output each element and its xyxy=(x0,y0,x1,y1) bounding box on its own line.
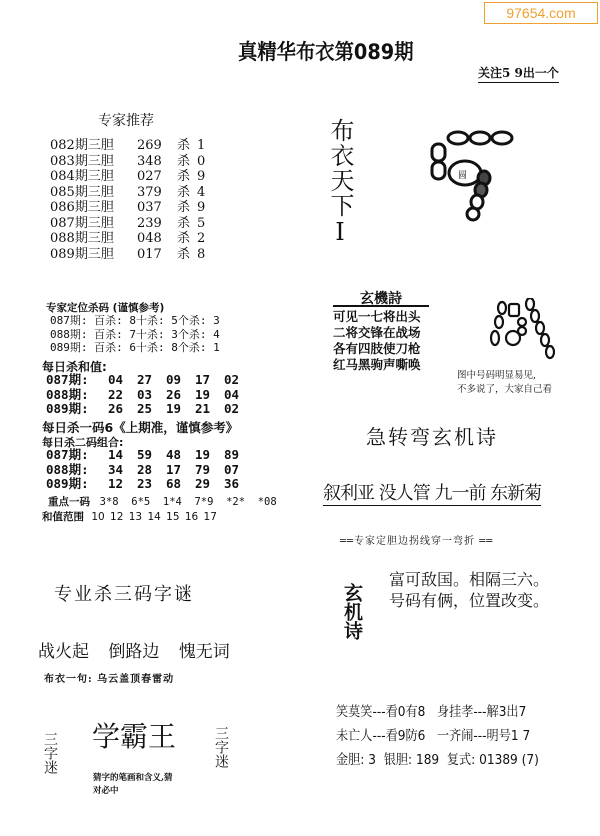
bead-figure-seven-icon: 圆 xyxy=(428,130,538,230)
caption-line: 图中号码明显易见, xyxy=(457,369,552,383)
num-cell: 28 xyxy=(137,463,166,478)
nums-cell: 027 xyxy=(137,169,177,185)
period-cell: 088期三胆 xyxy=(50,231,137,247)
table-row: 088期:3428177907 xyxy=(46,463,253,478)
big-riddle-word: 学霸王 xyxy=(92,715,176,755)
sharp-turn-title: 急转弯玄机诗 xyxy=(366,421,498,450)
period-cell: 089期三胆 xyxy=(50,247,137,263)
poem-line: 红马黑驹声嘶唤 xyxy=(333,357,421,373)
side-label-right: 三字迷 xyxy=(213,726,229,768)
num-cell: 19 xyxy=(195,448,224,463)
table-row: 089期:2625192102 xyxy=(46,402,253,417)
table-row: 089期:1223682936 xyxy=(46,477,253,492)
nums-cell: 379 xyxy=(137,185,177,201)
num-cell: 07 xyxy=(224,463,253,478)
divider xyxy=(333,305,429,307)
num-cell: 17 xyxy=(195,373,224,388)
position-kill-list: 087期: 百杀: 8十杀: 5个杀: 3 088期: 百杀: 7十杀: 3个杀… xyxy=(50,314,220,355)
num-cell: 17 xyxy=(166,463,195,478)
period-cell: 087期三胆 xyxy=(50,216,137,232)
expert-recommend-title: 专家推荐 xyxy=(98,110,154,130)
row-label: 089期: xyxy=(46,402,108,417)
kill-label: 杀 xyxy=(177,185,197,201)
kill-label: 杀 xyxy=(177,154,197,170)
nums-cell: 348 xyxy=(137,154,177,170)
num-cell: 09 xyxy=(166,373,195,388)
sharp-turn-expert-line: ══专家定胆边拐线穿一弯折 ══ xyxy=(340,532,493,547)
num-cell: 89 xyxy=(224,448,253,463)
expert-recommend-table: 082期三胆269杀1 083期三胆348杀0 084期三胆027杀9 085期… xyxy=(50,138,205,262)
kill-label: 杀 xyxy=(177,169,197,185)
num-cell: 68 xyxy=(166,477,195,492)
period-cell: 082期三胆 xyxy=(50,138,137,154)
kill-label: 杀 xyxy=(177,216,197,232)
num-cell: 21 xyxy=(195,402,224,417)
table-row: 086期三胆037杀9 xyxy=(50,200,205,216)
page-title: 真精华布衣第089期 xyxy=(238,36,414,66)
list-item: 089期: 百杀: 6十杀: 8个杀: 1 xyxy=(50,341,220,355)
num-cell: 25 xyxy=(137,402,166,417)
num-cell: 04 xyxy=(224,388,253,403)
num-cell: 26 xyxy=(166,388,195,403)
sum-range-values: 10 12 13 14 15 16 17 xyxy=(91,511,217,523)
num-cell: 03 xyxy=(137,388,166,403)
table-row: 087期三胆239杀5 xyxy=(50,216,205,232)
row-label: 088期: xyxy=(46,463,108,478)
row-label: 087期: xyxy=(46,373,108,388)
poem-line: 可见一七将出头 xyxy=(333,309,421,325)
buyi-tianxia-label: 布衣天下I xyxy=(325,118,355,247)
kill-label: 杀 xyxy=(177,200,197,216)
nums-cell: 048 xyxy=(137,231,177,247)
num-cell: 79 xyxy=(195,463,224,478)
kill-cell: 1 xyxy=(197,138,205,154)
num-cell: 12 xyxy=(108,477,137,492)
num-cell: 26 xyxy=(108,402,137,417)
table-row: 087期:1459481989 xyxy=(46,448,253,463)
list-item: 087期: 百杀: 8十杀: 5个杀: 3 xyxy=(50,314,220,328)
kill-label: 杀 xyxy=(177,247,197,263)
word-riddle-title: 专业杀三码字谜 xyxy=(54,580,194,606)
picture-caption: 图中号码明显易见, 不多说了，大家自己看 xyxy=(457,369,552,397)
kill-label: 杀 xyxy=(177,138,197,154)
period-cell: 084期三胆 xyxy=(50,169,137,185)
key-code-row: 重点一码 3*8 6*5 1*4 7*9 *2* *08 xyxy=(48,494,277,509)
kill-label: 杀 xyxy=(177,231,197,247)
sharp-turn-line: 叙利亚 没人管 九一前 东新菊 xyxy=(323,479,541,506)
position-kill-title: 专家定位杀码 (谨慎参考) xyxy=(46,300,164,315)
num-cell: 22 xyxy=(108,388,137,403)
nums-cell: 037 xyxy=(137,200,177,216)
daily-sum-kill-table: 087期:0427091702 088期:2203261904 089期:262… xyxy=(46,373,253,417)
xuanji-poem: 富可敌国。相隔三六。 号码有俩，位置改变。 xyxy=(389,569,549,611)
kill-cell: 2 xyxy=(197,231,205,247)
table-row: 089期三胆017杀8 xyxy=(50,247,205,263)
nums-cell: 239 xyxy=(137,216,177,232)
num-cell: 23 xyxy=(137,477,166,492)
row-label: 089期: xyxy=(46,477,108,492)
list-item: 088期: 百杀: 7十杀: 3个杀: 4 xyxy=(50,328,220,342)
kill-cell: 9 xyxy=(197,200,205,216)
num-cell: 36 xyxy=(224,477,253,492)
buyi-sentence: 布衣一句: 乌云盖顶春雷动 xyxy=(44,670,174,685)
riddle-word: 愧无词 xyxy=(179,642,230,662)
period-cell: 083期三胆 xyxy=(50,154,137,170)
num-cell: 29 xyxy=(195,477,224,492)
num-cell: 14 xyxy=(108,448,137,463)
xuanji-vertical-label: 玄机诗 xyxy=(335,583,369,640)
bead-figure-a-icon xyxy=(488,298,558,360)
period-cell: 085期三胆 xyxy=(50,185,137,201)
table-row: 084期三胆027杀9 xyxy=(50,169,205,185)
sum-range-row: 和值范围 10 12 13 14 15 16 17 xyxy=(42,509,217,524)
daily-two-kill-table: 087期:1459481989 088期:3428177907 089期:122… xyxy=(46,448,253,492)
period-cell: 086期三胆 xyxy=(50,200,137,216)
poem-line: 号码有俩，位置改变。 xyxy=(389,590,549,611)
poem-line: 富可敌国。相隔三六。 xyxy=(389,569,549,590)
table-row: 088期:2203261904 xyxy=(46,388,253,403)
riddle-hint: 猜字的笔画和含义,猜对必中 xyxy=(93,772,179,798)
riddle-word: 倒路边 xyxy=(108,642,159,662)
kill-cell: 4 xyxy=(197,185,205,201)
focus-note: 关注5 9出一个 xyxy=(478,64,559,83)
word-riddle-words: 战火起 倒路边 愧无词 xyxy=(38,637,244,662)
table-row: 085期三胆379杀4 xyxy=(50,185,205,201)
row-label: 088期: xyxy=(46,388,108,403)
poem-line: 各有四肢使刀枪 xyxy=(333,341,421,357)
answer-line: 笑莫笑---看0有8 身挂孝---解3出7 xyxy=(336,700,539,724)
svg-text:圆: 圆 xyxy=(458,170,467,181)
num-cell: 02 xyxy=(224,402,253,417)
kill-cell: 5 xyxy=(197,216,205,232)
poem-lines: 可见一七将出头 二将交锋在战场 各有四肢使刀枪 红马黑驹声嘶唤 xyxy=(333,309,421,373)
table-row: 083期三胆348杀0 xyxy=(50,154,205,170)
num-cell: 04 xyxy=(108,373,137,388)
caption-line: 不多说了，大家自己看 xyxy=(457,383,552,397)
num-cell: 19 xyxy=(195,388,224,403)
table-row: 088期三胆048杀2 xyxy=(50,231,205,247)
sum-range-label: 和值范围 xyxy=(42,511,84,523)
nums-cell: 269 xyxy=(137,138,177,154)
row-label: 087期: xyxy=(46,448,108,463)
nums-cell: 017 xyxy=(137,247,177,263)
num-cell: 34 xyxy=(108,463,137,478)
answer-line: 金胆: 3 银胆: 189 复式: 01389 (7) xyxy=(336,748,539,772)
key-code-values: 3*8 6*5 1*4 7*9 *2* *08 xyxy=(100,496,277,508)
kill-cell: 0 xyxy=(197,154,205,170)
num-cell: 27 xyxy=(137,373,166,388)
answer-line: 未亡人---看9防6 一齐闹---明号1 7 xyxy=(336,724,539,748)
table-row: 087期:0427091702 xyxy=(46,373,253,388)
num-cell: 59 xyxy=(137,448,166,463)
kill-cell: 9 xyxy=(197,169,205,185)
poem-line: 二将交锋在战场 xyxy=(333,325,421,341)
key-code-label: 重点一码 xyxy=(48,496,90,508)
watermark: 97654.com xyxy=(484,2,598,24)
table-row: 082期三胆269杀1 xyxy=(50,138,205,154)
kill-cell: 8 xyxy=(197,247,205,263)
riddle-word: 战火起 xyxy=(38,642,89,662)
num-cell: 02 xyxy=(224,373,253,388)
num-cell: 48 xyxy=(166,448,195,463)
num-cell: 19 xyxy=(166,402,195,417)
side-label-left: 三字迷 xyxy=(42,732,58,774)
riddle-answers: 笑莫笑---看0有8 身挂孝---解3出7 未亡人---看9防6 一齐闹---明… xyxy=(336,700,539,772)
